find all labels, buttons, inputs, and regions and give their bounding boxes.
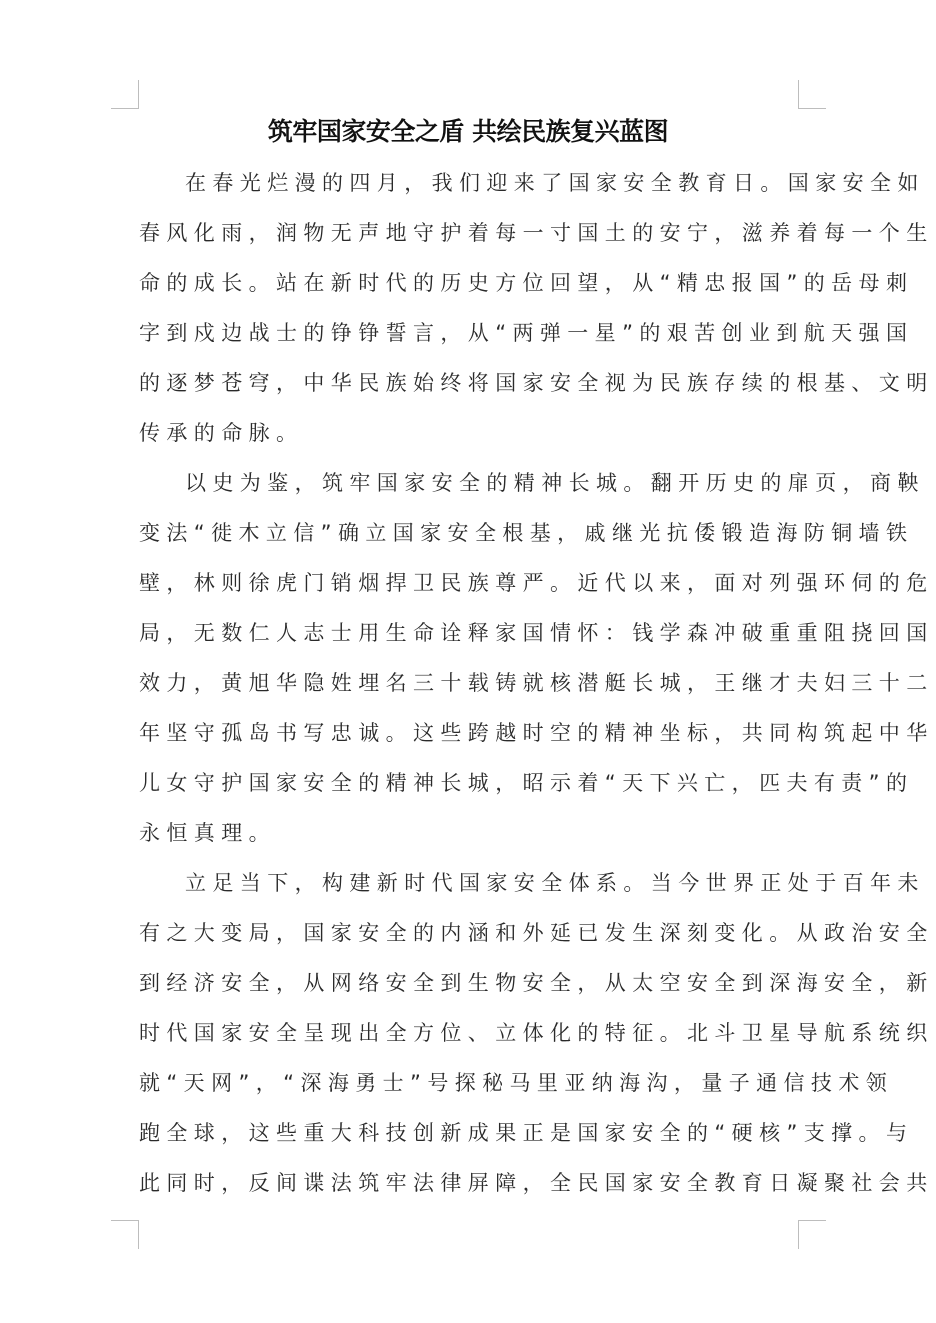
text-line: 立足当下，构建新时代国家安全体系。当今世界正处于百年未	[185, 858, 925, 908]
text-line: 时代国家安全呈现出全方位、立体化的特征。北斗卫星导航系统织	[139, 1008, 934, 1058]
text-line: 壁，林则徐虎门销烟捍卫民族尊严。近代以来，面对列强环伺的危	[139, 558, 934, 608]
text-line: 字到戍边战士的铮铮誓言，从“两弹一星”的艰苦创业到航天强国	[139, 308, 913, 358]
text-line: 就“天网”，“深海勇士”号探秘马里亚纳海沟，量子通信技术领	[139, 1058, 893, 1108]
text-line: 变法“徙木立信”确立国家安全根基，戚继光抗倭锻造海防铜墙铁	[139, 508, 913, 558]
text-line: 在春光烂漫的四月，我们迎来了国家安全教育日。国家安全如	[185, 158, 925, 208]
document-page: 筑牢国家安全之盾 共绘民族复兴蓝图 在春光烂漫的四月，我们迎来了国家安全教育日。…	[0, 0, 936, 1323]
text-line: 儿女守护国家安全的精神长城，昭示着“天下兴亡，匹夫有责”的	[139, 758, 913, 808]
text-line: 永恒真理。	[139, 808, 276, 858]
text-line: 到经济安全，从网络安全到生物安全，从太空安全到深海安全，新	[139, 958, 934, 1008]
text-line: 此同时，反间谍法筑牢法律屏障，全民国家安全教育日凝聚社会共	[139, 1158, 934, 1208]
text-line: 的逐梦苍穹，中华民族始终将国家安全视为民族存续的根基、文明	[139, 358, 934, 408]
text-line: 有之大变局，国家安全的内涵和外延已发生深刻变化。从政治安全	[139, 908, 934, 958]
margin-corner-bottom-left	[111, 1220, 139, 1249]
document-title: 筑牢国家安全之盾 共绘民族复兴蓝图	[0, 114, 936, 150]
text-line: 年坚守孤岛书写忠诚。这些跨越时空的精神坐标，共同构筑起中华	[139, 708, 934, 758]
text-line: 命的成长。站在新时代的历史方位回望，从“精忠报国”的岳母刺	[139, 258, 913, 308]
text-line: 效力，黄旭华隐姓埋名三十载铸就核潜艇长城，王继才夫妇三十二	[139, 658, 934, 708]
margin-corner-top-left	[111, 80, 139, 109]
text-line: 跑全球，这些重大科技创新成果正是国家安全的“硬核”支撑。与	[139, 1108, 913, 1158]
text-line: 局，无数仁人志士用生命诠释家国情怀：钱学森冲破重重阻挠回国	[139, 608, 934, 658]
margin-corner-bottom-right	[798, 1220, 826, 1249]
text-line: 春风化雨，润物无声地守护着每一寸国土的安宁，滋养着每一个生	[139, 208, 934, 258]
text-line: 传承的命脉。	[139, 408, 303, 458]
margin-corner-top-right	[798, 80, 826, 109]
text-line: 以史为鉴，筑牢国家安全的精神长城。翻开历史的扉页，商鞅	[185, 458, 925, 508]
